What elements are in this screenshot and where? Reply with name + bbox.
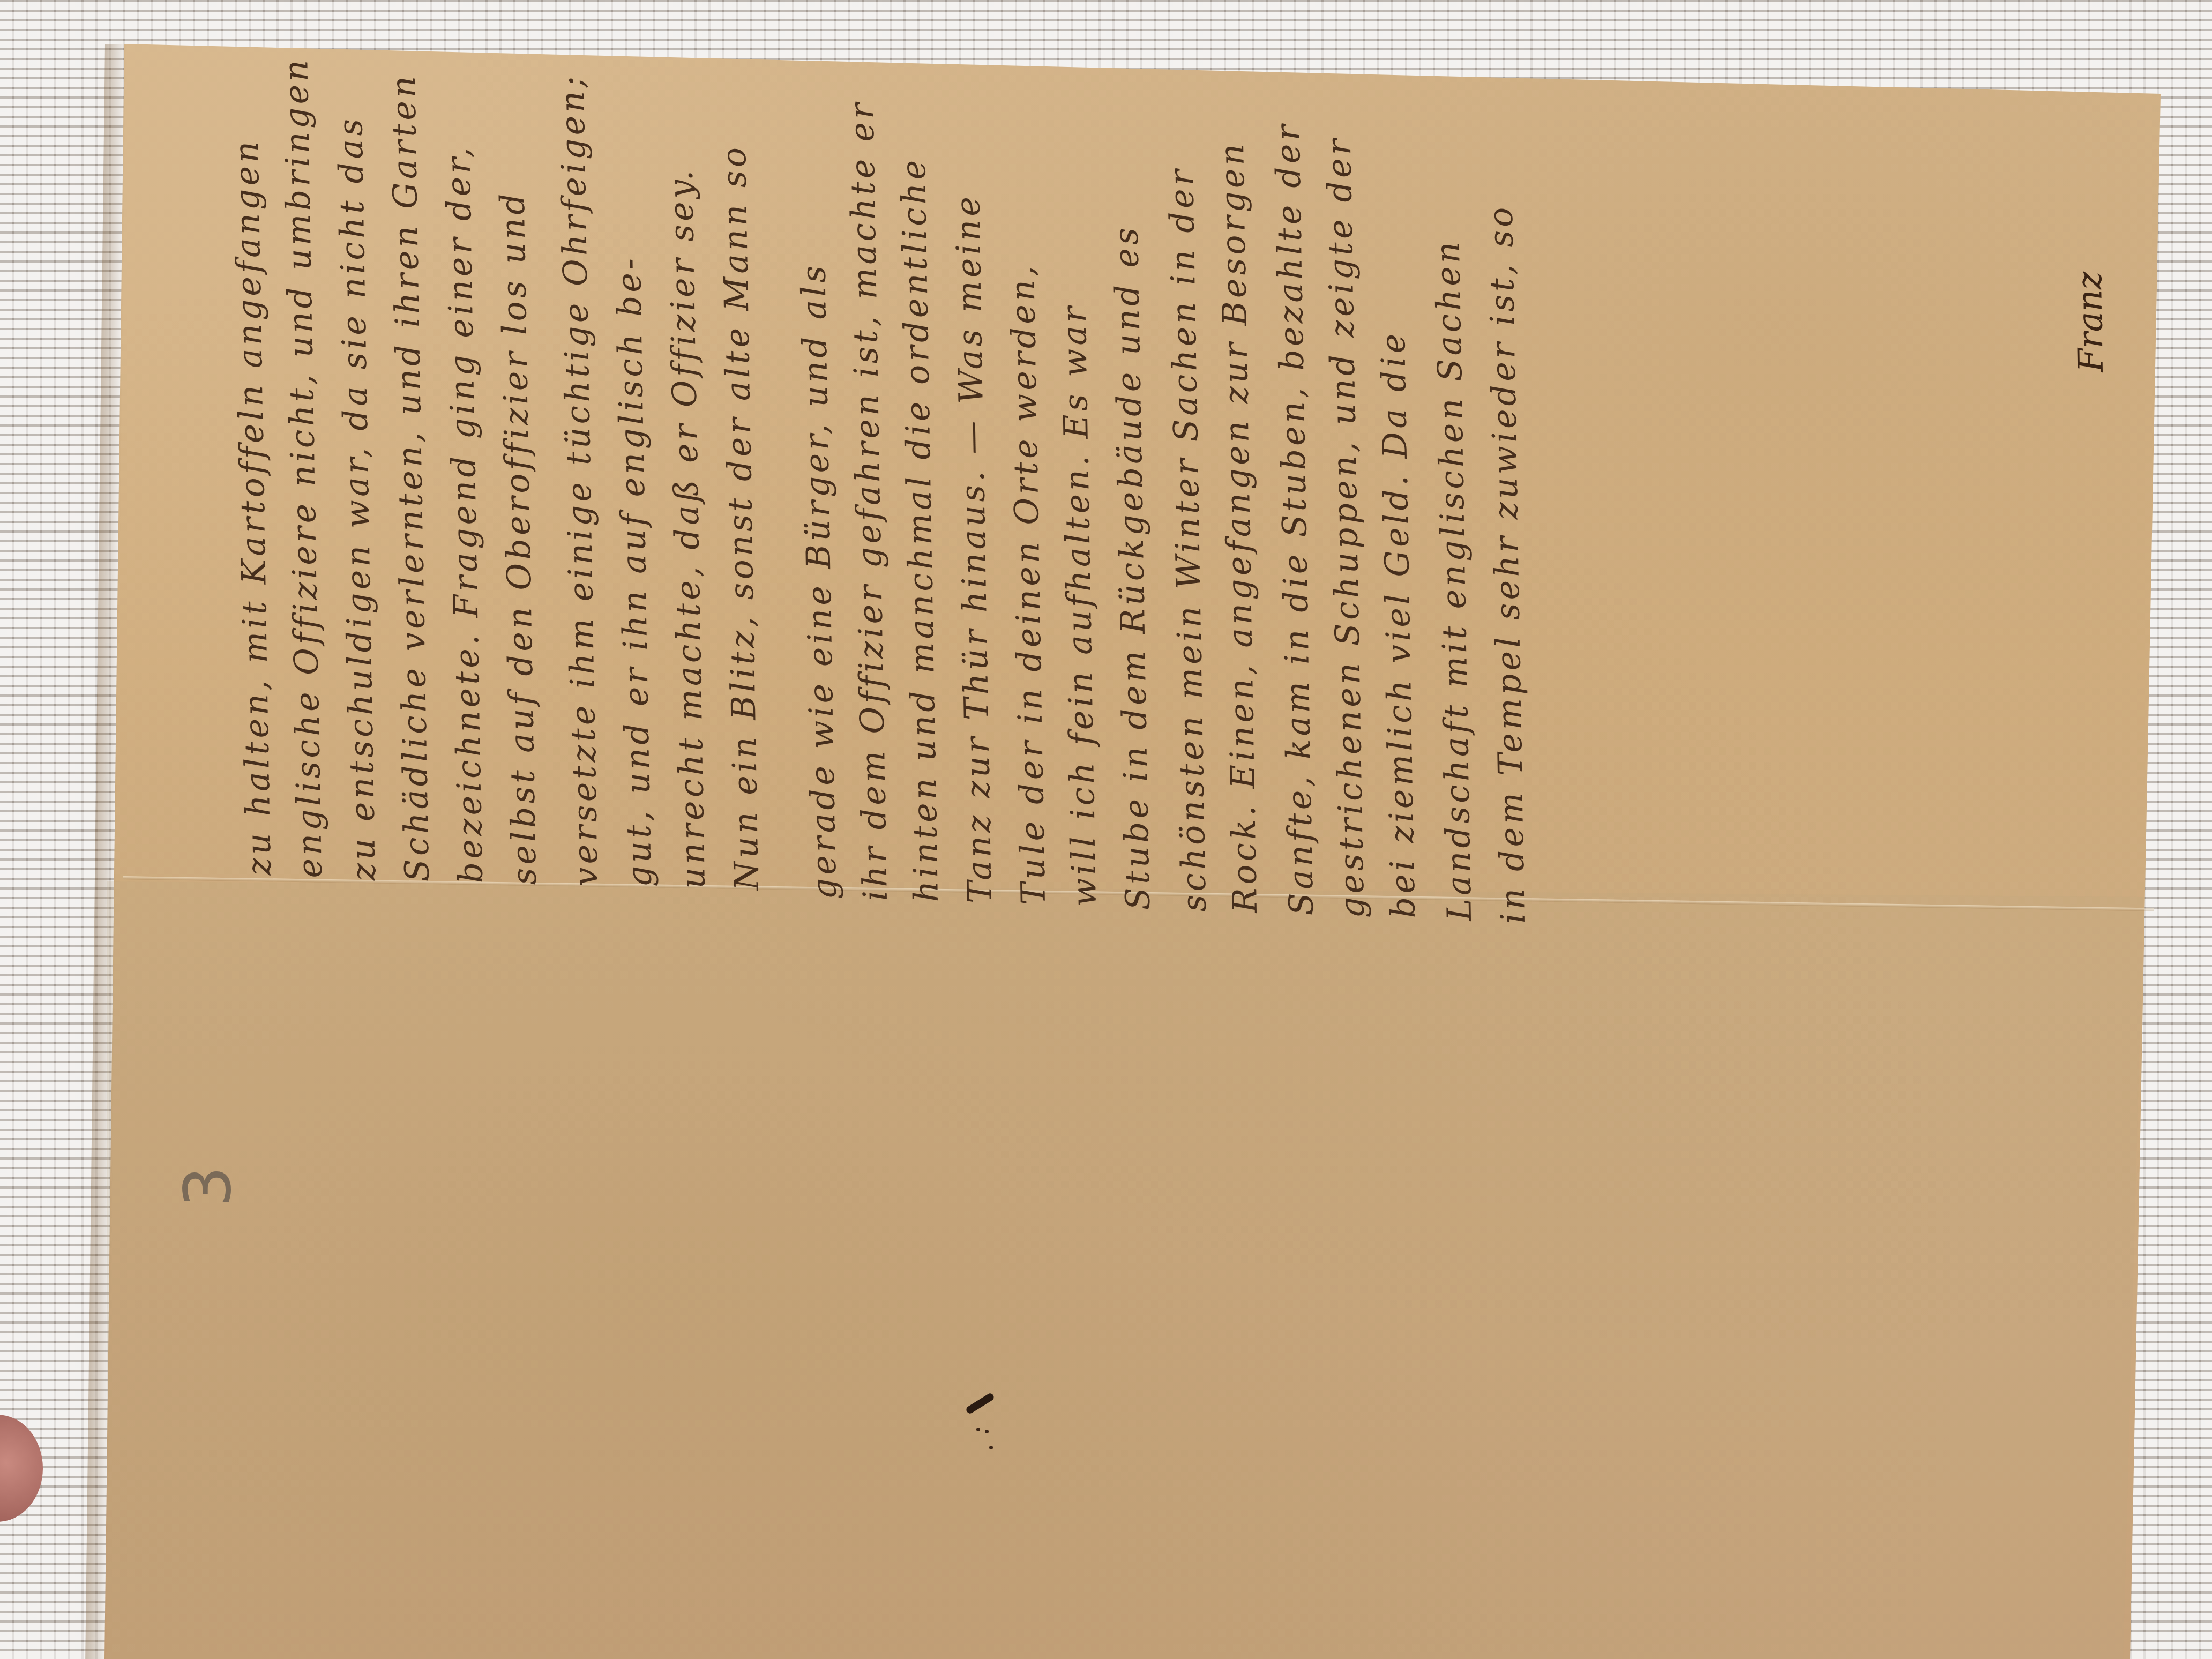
text-line: Rock. Einen, angefangen zur Besorgen [1212, 140, 1265, 913]
ink-speck [985, 1430, 989, 1433]
text-line: ihr dem Offizier gefahren ist, machte er [842, 100, 895, 901]
text-line: englische Offiziere nicht, und umbringen [276, 56, 330, 878]
text-line: gestrichenen Schuppen, und zeigte der [1319, 136, 1372, 918]
text-line: bei ziemlich viel Geld. Da die [1373, 330, 1423, 918]
page-number-pencil: 3 [171, 1166, 245, 1207]
text-line: schönsten mein Winter Sachen in der [1162, 166, 1214, 912]
ink-speck [989, 1446, 993, 1449]
text-line: zu entschuldigen war, da sie nicht das [331, 115, 383, 881]
text-line: will ich fein aufhalten. Es war [1054, 303, 1104, 907]
text-line: gut, und er ihn auf englisch be- [609, 255, 659, 888]
text-line: bezeichnete. Fragend ging einer der, [438, 144, 490, 884]
text-line: zu halten, mit Kartoffeln angefangen [227, 138, 279, 876]
text-line: Stube in dem Rückgebäude und es [1107, 225, 1157, 911]
text-line: selbst auf den Oberoffizier los und [492, 190, 544, 885]
text-line: versetzte ihm einige tüchtige Ohrfeigen; [552, 73, 606, 886]
signature: Franz [2070, 271, 2111, 372]
text-line: Sanfte, kam in die Stuben, bezahlte der [1268, 121, 1321, 916]
ink-speck [976, 1428, 980, 1431]
text-line: Tanz zur Thür hinaus. — Was meine [948, 193, 999, 904]
text-line: hinten und manchmal die ordentliche [894, 156, 946, 902]
text-line: Landschaft mit englischen Sachen [1428, 238, 1479, 922]
text-line: Schädliche verlernten, und ihren Garten [384, 73, 437, 883]
text-line: gerade wie eine Bürger, und als [794, 262, 844, 900]
text-line: in dem Tempel sehr zuwieder ist, so [1481, 204, 1533, 924]
text-line: Nun ein Blitz, sonst der alte Mann so [714, 144, 766, 891]
handwritten-text-block: zu halten, mit Kartoffeln angefangen eng… [0, 0, 2212, 1659]
text-line: Tule der in deinen Orte werden, [1003, 263, 1053, 905]
text-line: unrecht machte, daß er Offizier sey. [661, 167, 713, 889]
